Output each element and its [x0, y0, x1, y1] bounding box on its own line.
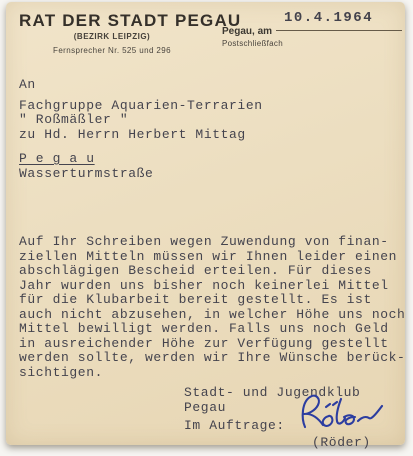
letter-body: Auf Ihr Schreiben wegen Zuwendung von fi… [19, 235, 411, 380]
date-underline [276, 29, 402, 31]
scanned-letter: RAT DER STADT PEGAU (BEZIRK LEIPZIG) Fer… [0, 0, 413, 456]
recipient-line2: " Roßmäßler " [19, 113, 263, 128]
letterhead-organization: RAT DER STADT PEGAU [19, 11, 241, 31]
signature-typed-name: (Röder) [312, 436, 404, 451]
recipient-address: An Fachgruppe Aquarien-Terrarien " Roßmä… [19, 78, 263, 181]
recipient-street: Wasserturmstraße [19, 167, 263, 182]
pobox-label: Postschließfach [222, 39, 402, 48]
letter-date: 10.4.1964 [284, 10, 402, 26]
recipient-line1: Fachgruppe Aquarien-Terrarien [19, 99, 263, 114]
letter-paper: RAT DER STADT PEGAU (BEZIRK LEIPZIG) Fer… [6, 2, 405, 445]
recipient-city: P e g a u [19, 152, 263, 167]
recipient-salutation: An [19, 78, 263, 93]
letterhead-district: (BEZIRK LEIPZIG) [19, 32, 205, 41]
date-place-label: Pegau, am [222, 26, 272, 37]
handwritten-signature [294, 390, 386, 436]
recipient-line3: zu Hd. Herrn Herbert Mittag [19, 128, 263, 143]
date-block: 10.4.1964 Pegau, am Postschließfach [222, 10, 402, 48]
letterhead-phone: Fernsprecher Nr. 525 und 296 [19, 46, 205, 55]
signature-block: Stadt- und Jugendklub Pegau Im Auftrage:… [184, 386, 404, 450]
